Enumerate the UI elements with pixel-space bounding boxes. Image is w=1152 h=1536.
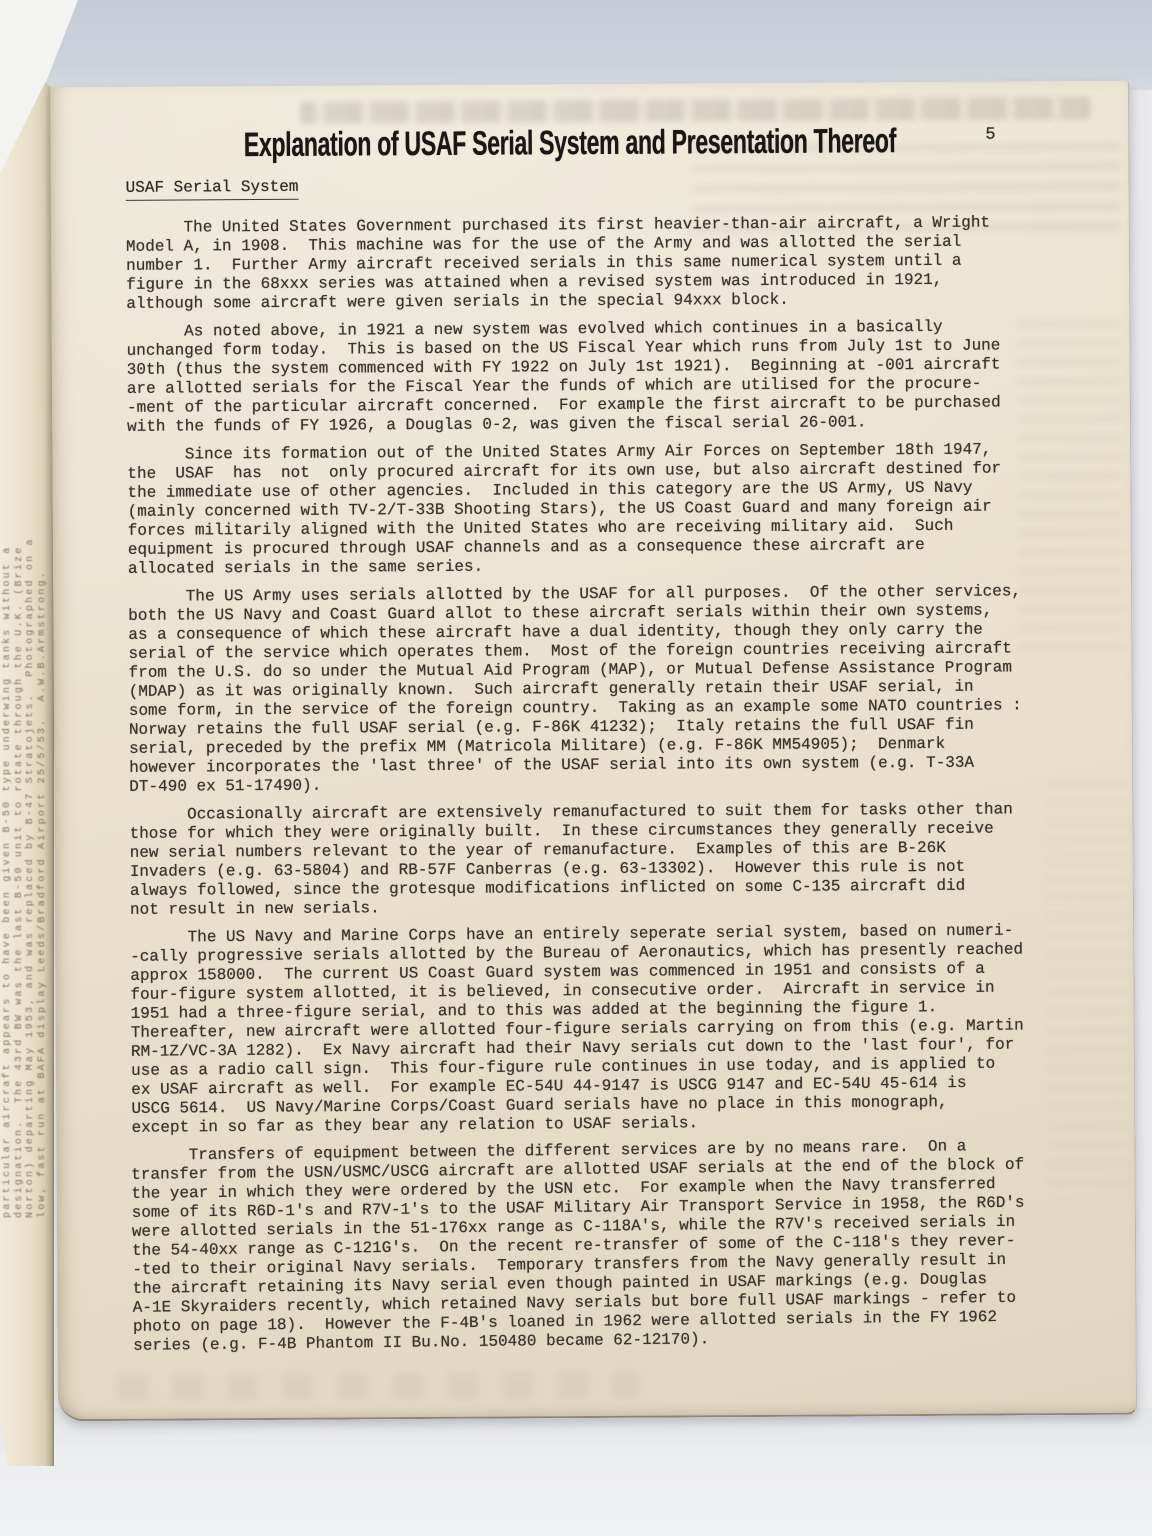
document-page: Explanation of USAF Serial System and Pr… — [50, 81, 1137, 1422]
paragraph: Transfers of equipment between the diffe… — [131, 1136, 1079, 1356]
paragraph: The United States Government purchased i… — [126, 213, 1073, 314]
paragraph: The US Navy and Marine Corps have an ent… — [130, 921, 1078, 1138]
margin-caption-area: particular aircraft appears to have been… — [2, 328, 48, 1218]
paragraph: As noted above, in 1921 a new system was… — [126, 317, 1073, 437]
page-number: 5 — [985, 126, 995, 145]
margin-caption-text: particular aircraft appears to have been… — [2, 328, 48, 1218]
title-row: Explanation of USAF Serial System and Pr… — [50, 121, 1090, 166]
document-page-surface: Explanation of USAF Serial System and Pr… — [50, 81, 1136, 1420]
ink-showthrough-smudge — [118, 1372, 638, 1401]
body-text: The United States Government purchased i… — [126, 213, 1079, 1365]
photo-backdrop: particular aircraft appears to have been… — [0, 0, 1152, 1536]
paragraph: Since its formation out of the United St… — [127, 440, 1074, 579]
page-title: Explanation of USAF Serial System and Pr… — [244, 122, 896, 165]
section-heading: USAF Serial System — [126, 178, 299, 201]
table-surface-bottom — [0, 1408, 1152, 1536]
ink-showthrough-smudge — [300, 97, 1090, 124]
paragraph: The US Army uses serials allotted by the… — [128, 582, 1075, 797]
folded-page-edge: particular aircraft appears to have been… — [0, 82, 54, 1466]
paragraph: Occasionally aircraft are extensively re… — [129, 800, 1076, 920]
